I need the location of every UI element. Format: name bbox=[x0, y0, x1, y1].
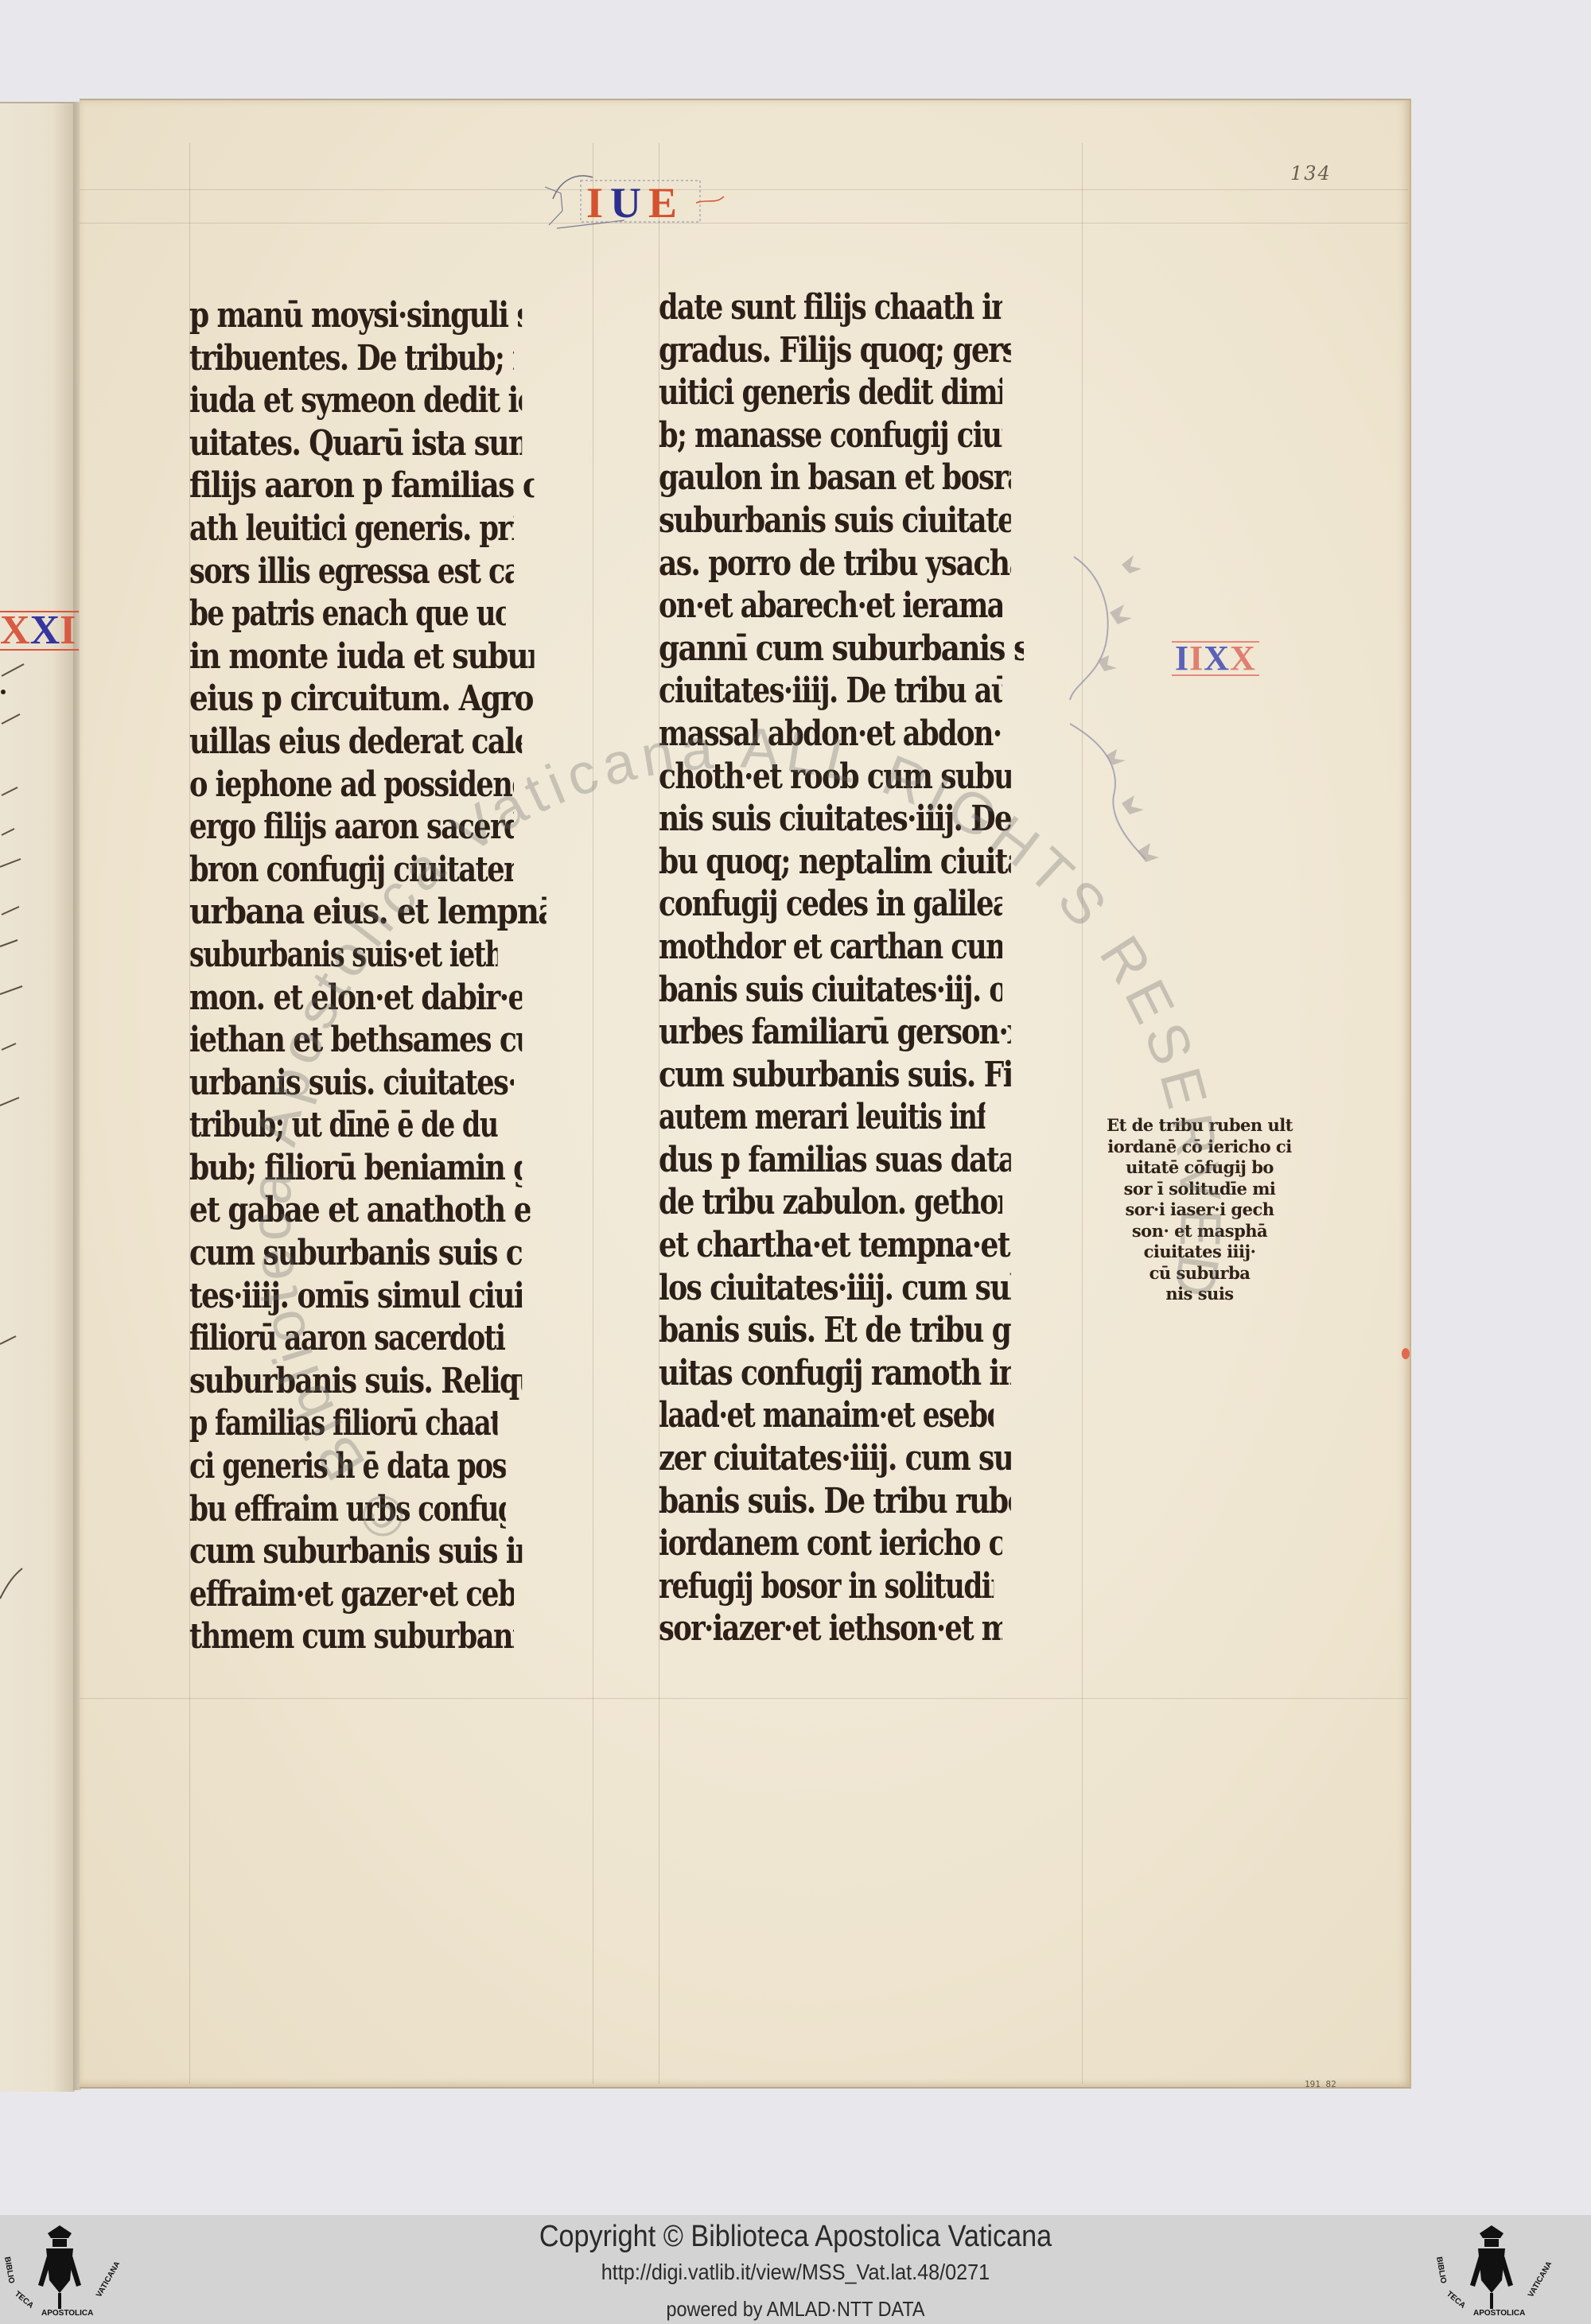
text-line: bu effraim urbs confugij·sichē bbox=[189, 1488, 506, 1531]
permalink-url[interactable]: http://digi.vatlib.it/view/MSS_Vat.lat.4… bbox=[80, 2260, 1511, 2285]
text-line: ciuitates·iiij. De tribu aū aser bbox=[659, 670, 1002, 713]
text-line: gannī cum suburbanis suis bbox=[659, 628, 1024, 670]
marginal-line: uitatē cōfugij bo bbox=[1096, 1157, 1303, 1179]
svg-text:BIBLIO: BIBLIO bbox=[2, 2256, 16, 2285]
text-line: filiorū aaron sacerdotis·xiij. cū bbox=[189, 1317, 506, 1360]
text-line: ergo filijs aaron sacerdotis e bbox=[189, 806, 514, 849]
text-line: eius p circuitum. Agros uō et bbox=[189, 678, 535, 721]
text-line: los ciuitates·iiij. cum subur bbox=[659, 1267, 1011, 1310]
text-line: laad·et manaim·et esebon·et ia bbox=[659, 1394, 994, 1437]
text-line: uitates. Quarū ista sunt noīa bbox=[189, 422, 522, 465]
text-line: bu quoq; neptalim ciuitates bbox=[659, 841, 1011, 884]
chapter-number-left-page: XXI bbox=[0, 611, 79, 651]
text-line: p familias filiorū chaath leuiti bbox=[189, 1402, 498, 1445]
svg-text:APOSTOLICA: APOSTOLICA bbox=[1473, 2309, 1525, 2318]
chapter-glyph: X bbox=[1204, 639, 1230, 678]
running-head-iue: I U E IUE bbox=[545, 163, 728, 235]
text-line: urbana eius. et lempnā cū bbox=[189, 891, 547, 934]
text-line: sor·iazer·et iethson·et masph bbox=[659, 1607, 1002, 1650]
text-line: et gabae et anathoth et almō bbox=[189, 1189, 530, 1232]
text-line: p manū moysi·singuli sorte bbox=[189, 294, 522, 337]
text-line: iordanem cont iericho ciuitas bbox=[659, 1522, 1002, 1565]
text-column-left: p manū moysi·singuli sorte tribuentes. D… bbox=[189, 294, 595, 1658]
text-line: tribub; ut dīnē ē de duab;. De tri bbox=[189, 1104, 498, 1147]
text-line: uitas confugij ramoth in ga bbox=[659, 1352, 1011, 1395]
text-line: ci generis h ē data possessio. De t bbox=[189, 1445, 506, 1488]
pencil-shelfmark: 191 82 bbox=[1305, 2079, 1336, 2089]
chapter-glyph: X bbox=[30, 608, 60, 653]
text-line: de tribu zabulon. gethonan· bbox=[659, 1181, 1002, 1224]
folio-number: 134 bbox=[1290, 162, 1332, 185]
text-line: uillas eius dederat caleph fili bbox=[189, 721, 522, 764]
marginal-line: son· et masphā bbox=[1096, 1221, 1303, 1242]
text-line: o iephone ad possidendū. Dedit bbox=[189, 764, 514, 806]
text-line: filijs aaron p familias cha bbox=[189, 464, 535, 507]
text-column-right: date sunt filijs chaath inferiō gradus. … bbox=[659, 286, 1088, 1650]
marginal-line: cū suburba bbox=[1096, 1263, 1303, 1284]
text-line: nis suis ciuitates·iiij. De tri bbox=[659, 798, 1011, 841]
text-line: iuda et symeon dedit iosue ci bbox=[189, 379, 522, 422]
text-line: gaulon in basan et bosra cum bbox=[659, 457, 1011, 499]
svg-text:I: I bbox=[586, 179, 603, 227]
text-line: bub; filiorū beniamin gabaon bbox=[189, 1147, 522, 1190]
text-line: cum suburbanis suis in mōte bbox=[189, 1530, 522, 1573]
chapter-glyph: I bbox=[60, 608, 76, 653]
text-line: tes·iiij. omīs simul ciuitates bbox=[189, 1275, 522, 1318]
text-line: choth·et roob cum suburba bbox=[659, 756, 1011, 799]
text-line: banis suis ciuitates·iij. omīs bbox=[659, 969, 1002, 1012]
text-line: urbes familiarū gerson·xiij. bbox=[659, 1011, 1011, 1054]
text-line: b; manasse confugij ciuitatē bbox=[659, 414, 1002, 457]
text-line: mon. et elon·et dabir·et ain·et bbox=[189, 977, 522, 1020]
text-line: dus p familias suas data est bbox=[659, 1139, 1011, 1182]
svg-text:U: U bbox=[610, 179, 641, 227]
text-line: banis suis. De tribu ruben ult bbox=[659, 1480, 1011, 1523]
text-line: refugij bosor in solitudinem mi bbox=[659, 1565, 994, 1608]
text-line: zer ciuitates·iiij. cum subur bbox=[659, 1437, 1011, 1480]
chapter-glyph: X bbox=[0, 608, 30, 653]
text-line: suburbanis suis ciuitates du bbox=[659, 499, 1011, 542]
marginal-line: ciuitates iiij· bbox=[1096, 1242, 1303, 1263]
svg-text:TECA: TECA bbox=[1445, 2290, 1467, 2310]
text-line: suburbanis suis. Reliquis uō bbox=[189, 1360, 522, 1403]
text-line: iethan et bethsames cum sub bbox=[189, 1019, 522, 1062]
left-page-edge bbox=[0, 102, 75, 2092]
svg-text:VATICANA: VATICANA bbox=[1527, 2260, 1551, 2299]
text-line: autem merari leuitis inferioris g bbox=[659, 1096, 985, 1139]
left-page-pen-strokes bbox=[0, 533, 72, 1726]
text-line: as. porro de tribu ysachar cesi bbox=[659, 542, 1011, 585]
svg-text:BIBLIO: BIBLIO bbox=[1434, 2256, 1448, 2285]
text-line: date sunt filijs chaath inferiō bbox=[659, 286, 1002, 329]
text-line: ath leuitici generis. prima enī bbox=[189, 507, 514, 550]
text-line: massal abdon·et abdon·et ele bbox=[659, 713, 1002, 756]
chapter-glyph: X bbox=[1230, 639, 1256, 678]
text-line: tribuentes. De tribub; filiorū bbox=[189, 337, 514, 380]
marginal-line: sor·i iaser·i gech bbox=[1096, 1199, 1303, 1221]
text-line: thmem cum suburbanis suis bbox=[189, 1615, 514, 1658]
copyright-footer: BIBLIO TECA APOSTOLICA VATICANA Copyrigh… bbox=[0, 2215, 1591, 2324]
text-line: et chartha·et tempna·et ma bbox=[659, 1224, 1011, 1267]
marginal-line: sor ī solitudīe mi bbox=[1096, 1179, 1303, 1200]
svg-text:E: E bbox=[648, 179, 677, 227]
copyright-text: Copyright © Biblioteca Apostolica Vatica… bbox=[80, 2220, 1511, 2254]
marginal-note: Et de tribu ruben ult iordanē cō iericho… bbox=[1096, 1115, 1303, 1305]
text-line: banis suis. Et de tribu gad ci bbox=[659, 1309, 1011, 1352]
vatican-library-seal-icon: BIBLIO TECA APOSTOLICA VATICANA bbox=[1432, 2221, 1551, 2321]
text-line: bron confugij ciuitatem·ac sb bbox=[189, 849, 514, 892]
red-mark bbox=[1402, 1348, 1410, 1359]
decorated-initials-icon: I U E bbox=[545, 163, 728, 235]
marginal-line: iordanē cō iericho ci bbox=[1096, 1137, 1303, 1158]
marginal-line: Et de tribu ruben ult bbox=[1096, 1115, 1303, 1137]
svg-text:TECA: TECA bbox=[13, 2290, 35, 2310]
text-line: cum suburbanis suis ciuita bbox=[189, 1232, 522, 1275]
text-line: gradus. Filijs quoq; gerson le bbox=[659, 329, 1011, 372]
marginal-line: nis suis bbox=[1096, 1284, 1303, 1305]
text-line: uitici generis dedit dimidia tri bbox=[659, 371, 1002, 414]
text-line: confugij cedes in galilea et ad bbox=[659, 883, 1002, 926]
text-line: on·et abarech·et ieramath·et en bbox=[659, 585, 1002, 628]
text-line: effraim·et gazer·et cebsan·et te bbox=[189, 1573, 514, 1616]
text-line: suburbanis suis·et iether·et isth bbox=[189, 934, 498, 977]
text-line: be patris enach que uocatur ebrō bbox=[189, 593, 506, 635]
text-line: cum suburbanis suis. Filijs bbox=[659, 1054, 1011, 1097]
powered-by-text: powered by AMLAD·NTT DATA bbox=[80, 2297, 1511, 2322]
text-line: in monte iuda et suburbana bbox=[189, 635, 535, 678]
text-line: sors illis egressa est cariathar bbox=[189, 550, 514, 593]
chapter-glyph: I bbox=[1189, 639, 1204, 678]
text-line: urbanis suis. ciuitates·ix· de bbox=[189, 1062, 514, 1105]
text-line: mothdor et carthan cum subur bbox=[659, 926, 1002, 969]
